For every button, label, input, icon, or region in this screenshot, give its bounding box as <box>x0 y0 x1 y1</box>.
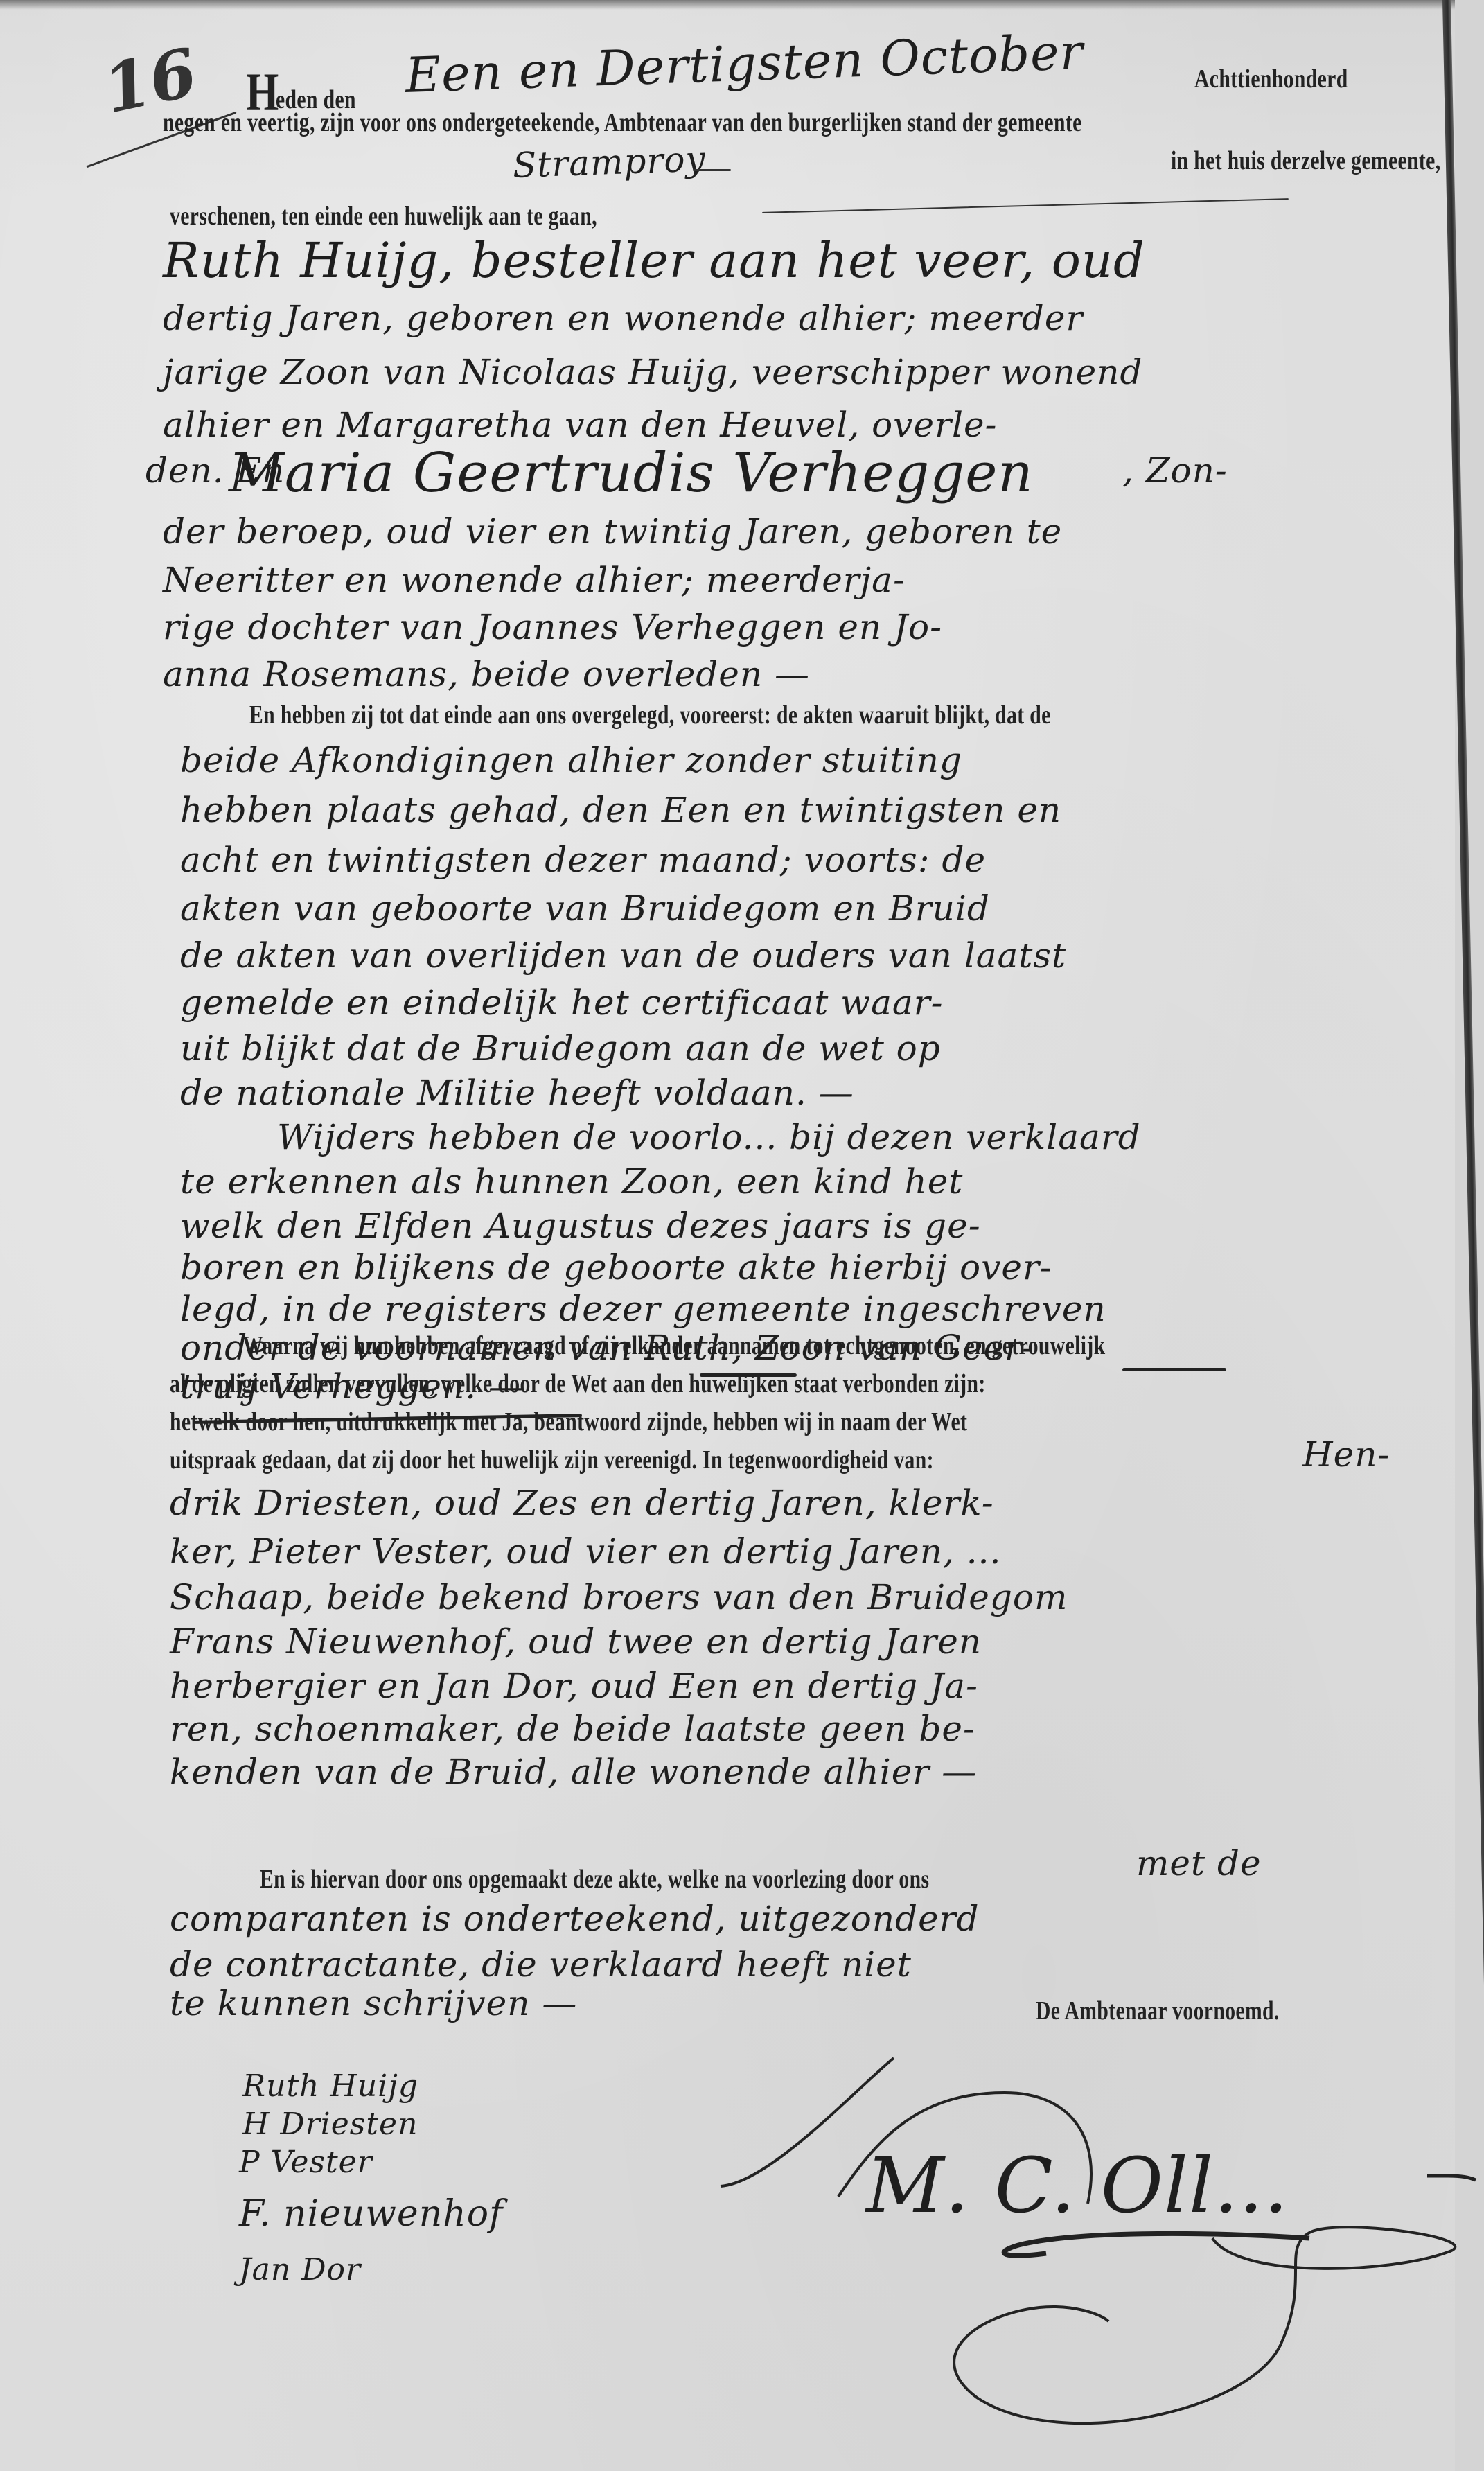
legitimation-line: Wijders hebben de voorlo... bij dezen ve… <box>277 1117 1141 1157</box>
document-page: 16 H Heden den eden den Een en Dertigste… <box>0 0 1484 2471</box>
witness-line: Schaap, beide bekend broers van den Brui… <box>170 1577 1068 1617</box>
bride-line: , Zon- <box>1122 450 1228 491</box>
documents-line: hebben plaats gehad, den Een en twintigs… <box>180 790 1061 830</box>
witness-line: Frans Nieuwenhof, oud twee en dertig Jar… <box>170 1621 982 1662</box>
witness-line: ker, Pieter Vester, oud vier en dertig J… <box>170 1531 1001 1572</box>
printed-para4: En is hiervan door ons opgemaakt deze ak… <box>260 1864 929 1894</box>
printed-para3-line: uitspraak gedaan, dat zij door het huwel… <box>170 1445 934 1475</box>
signature: F. nieuwenhof <box>239 2193 503 2235</box>
documents-line: akten van geboorte van Bruidegom en Brui… <box>180 888 990 929</box>
documents-line: de akten van overlijden van de ouders va… <box>180 935 1066 976</box>
bride-line: anna Rosemans, beide overleden — <box>163 654 810 694</box>
documents-line: beide Afkondigingen alhier zonder stuiti… <box>180 740 962 780</box>
documents-line: de nationale Militie heeft voldaan. — <box>180 1073 854 1113</box>
witness-line: ren, schoenmaker, de beide laatste geen … <box>170 1709 975 1749</box>
printed-closing: De Ambtenaar voornoemd. <box>1036 1996 1280 2026</box>
printed-line1-suffix: Achttienhonderd <box>1194 64 1348 94</box>
printed-para3-line: hetwelk door hen, uitdrukkelijk met Ja, … <box>170 1407 967 1437</box>
scan-top-edge <box>0 0 1484 10</box>
underline-geer <box>1122 1368 1226 1371</box>
signature: H Driesten <box>242 2107 418 2142</box>
signature: P Vester <box>239 2145 373 2180</box>
printed-line4: verschenen, ten einde een huwelijk aan t… <box>170 201 597 231</box>
witness-line: herbergier en Jan Dor, oud Een en dertig… <box>170 1666 978 1706</box>
legitimation-line: boren en blijkens de geboorte akte hierb… <box>180 1247 1052 1287</box>
witness-line: drik Driesten, oud Zes en dertig Jaren, … <box>170 1483 994 1523</box>
filler-line <box>762 198 1289 213</box>
signature: Jan Dor <box>239 2252 361 2287</box>
signature: Ruth Huijg <box>242 2068 418 2104</box>
groom-line: jarige Zoon van Nicolaas Huijg, veerschi… <box>163 352 1142 392</box>
closing-line: met de <box>1136 1843 1262 1883</box>
printed-line3: in het huis derzelve gemeente, <box>1171 146 1441 176</box>
groom-line: dertig Jaren, geboren en wonende alhier;… <box>163 298 1083 338</box>
printed-para3-line: al de pligten zullen vervullen, welke do… <box>170 1369 986 1399</box>
printed-line2: negen en veertig, zijn voor ons onderget… <box>163 107 1082 138</box>
closing-line: te kunnen schrijven — <box>170 1983 577 2023</box>
groom-line: alhier en Margaretha van den Heuvel, ove… <box>163 405 997 445</box>
groom-line: Ruth Huijg, besteller aan het veer, oud <box>163 232 1145 289</box>
handwritten-date: Een en Dertigsten October <box>405 24 1085 104</box>
bride-line: der beroep, oud vier en twintig Jaren, g… <box>163 511 1062 552</box>
bride-line: Neeritter en wonende alhier; meerderja- <box>163 560 906 600</box>
witness-line: kenden van de Bruid, alle wonende alhier… <box>170 1752 977 1792</box>
closing-line: comparanten is onderteekend, uitgezonder… <box>170 1899 980 1939</box>
witness-line: Hen- <box>1302 1434 1390 1475</box>
documents-line: acht en twintigsten dezer maand; voorts:… <box>180 840 986 880</box>
legitimation-line: welk den Elfden Augustus dezes jaars is … <box>180 1206 981 1246</box>
legitimation-line: te erkennen als hunnen Zoon, een kind he… <box>180 1161 963 1202</box>
documents-line: uit blijkt dat de Bruidegom aan de wet o… <box>180 1028 941 1069</box>
dash <box>693 169 731 171</box>
printed-para3-line: Waarna wij hun hebben afgevraagd of zij … <box>242 1330 1106 1361</box>
closing-line: de contractante, die verklaard heeft nie… <box>170 1944 912 1985</box>
printed-para2: En hebben zij tot dat einde aan ons over… <box>249 700 1051 730</box>
handwritten-municipality: Stramproy <box>512 139 707 186</box>
bride-name: Maria Geertrudis Verheggen <box>229 442 1034 504</box>
signature-flourish <box>714 2051 1476 2467</box>
legitimation-line: legd, in de registers dezer gemeente ing… <box>180 1289 1106 1329</box>
documents-line: gemelde en eindelijk het certificaat waa… <box>180 983 944 1023</box>
bride-line: rige dochter van Joannes Verheggen en Jo… <box>163 607 942 647</box>
